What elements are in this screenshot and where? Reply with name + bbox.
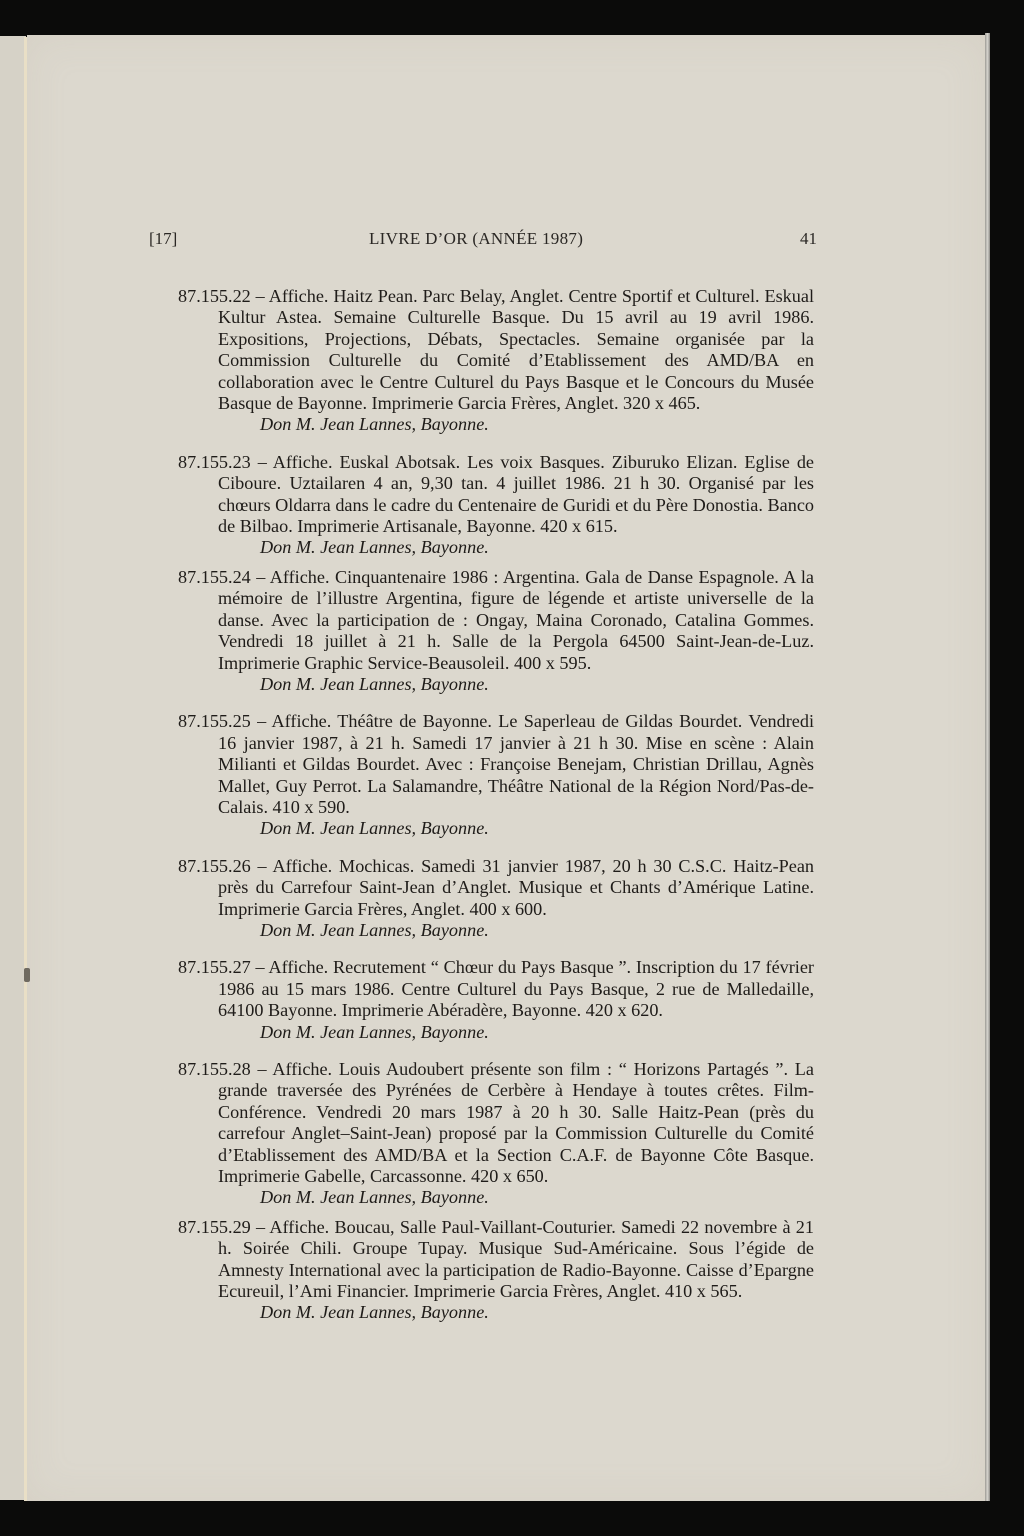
book-page: [17] LIVRE D’OR (ANNÉE 1987) 41 87.155.2…	[27, 35, 985, 1501]
entry-text: 87.155.29 – Affiche. Boucau, Salle Paul-…	[178, 1217, 814, 1303]
gutter-mark	[24, 968, 30, 982]
running-header: [17] LIVRE D’OR (ANNÉE 1987) 41	[27, 229, 985, 253]
entry-donor: Don M. Jean Lannes, Bayonne.	[178, 414, 814, 435]
entry-text: 87.155.23 – Affiche. Euskal Abotsak. Les…	[178, 452, 814, 538]
entry-text: 87.155.25 – Affiche. Théâtre de Bayonne.…	[178, 711, 814, 818]
catalogue-entry: 87.155.27 – Affiche. Recrutement “ Chœur…	[178, 957, 814, 1043]
catalogue-entries: 87.155.22 – Affiche. Haitz Pean. Parc Be…	[178, 286, 814, 1324]
catalogue-entry: 87.155.22 – Affiche. Haitz Pean. Parc Be…	[178, 286, 814, 436]
entry-text: 87.155.27 – Affiche. Recrutement “ Chœur…	[178, 957, 814, 1021]
entry-donor: Don M. Jean Lannes, Bayonne.	[178, 1302, 814, 1323]
page-stack-edge	[985, 33, 990, 1501]
catalogue-entry: 87.155.25 – Affiche. Théâtre de Bayonne.…	[178, 711, 814, 839]
entry-donor: Don M. Jean Lannes, Bayonne.	[178, 818, 814, 839]
entry-donor: Don M. Jean Lannes, Bayonne.	[178, 920, 814, 941]
entry-donor: Don M. Jean Lannes, Bayonne.	[178, 674, 814, 695]
entry-donor: Don M. Jean Lannes, Bayonne.	[178, 1022, 814, 1043]
entry-text: 87.155.22 – Affiche. Haitz Pean. Parc Be…	[178, 286, 814, 414]
entry-text: 87.155.24 – Affiche. Cinquantenaire 1986…	[178, 567, 814, 674]
catalogue-entry: 87.155.24 – Affiche. Cinquantenaire 1986…	[178, 567, 814, 695]
entry-text: 87.155.28 – Affiche. Louis Audoubert pré…	[178, 1059, 814, 1187]
catalogue-entry: 87.155.23 – Affiche. Euskal Abotsak. Les…	[178, 452, 814, 559]
running-title: LIVRE D’OR (ANNÉE 1987)	[369, 229, 583, 249]
entry-donor: Don M. Jean Lannes, Bayonne.	[178, 537, 814, 558]
facing-page-edge	[0, 36, 26, 1500]
catalogue-entry: 87.155.26 – Affiche. Mochicas. Samedi 31…	[178, 856, 814, 942]
catalogue-entry: 87.155.28 – Affiche. Louis Audoubert pré…	[178, 1059, 814, 1209]
catalogue-entry: 87.155.29 – Affiche. Boucau, Salle Paul-…	[178, 1217, 814, 1324]
page-number: 41	[800, 229, 817, 249]
entry-donor: Don M. Jean Lannes, Bayonne.	[178, 1187, 814, 1208]
entry-text: 87.155.26 – Affiche. Mochicas. Samedi 31…	[178, 856, 814, 920]
section-number: [17]	[149, 229, 177, 249]
